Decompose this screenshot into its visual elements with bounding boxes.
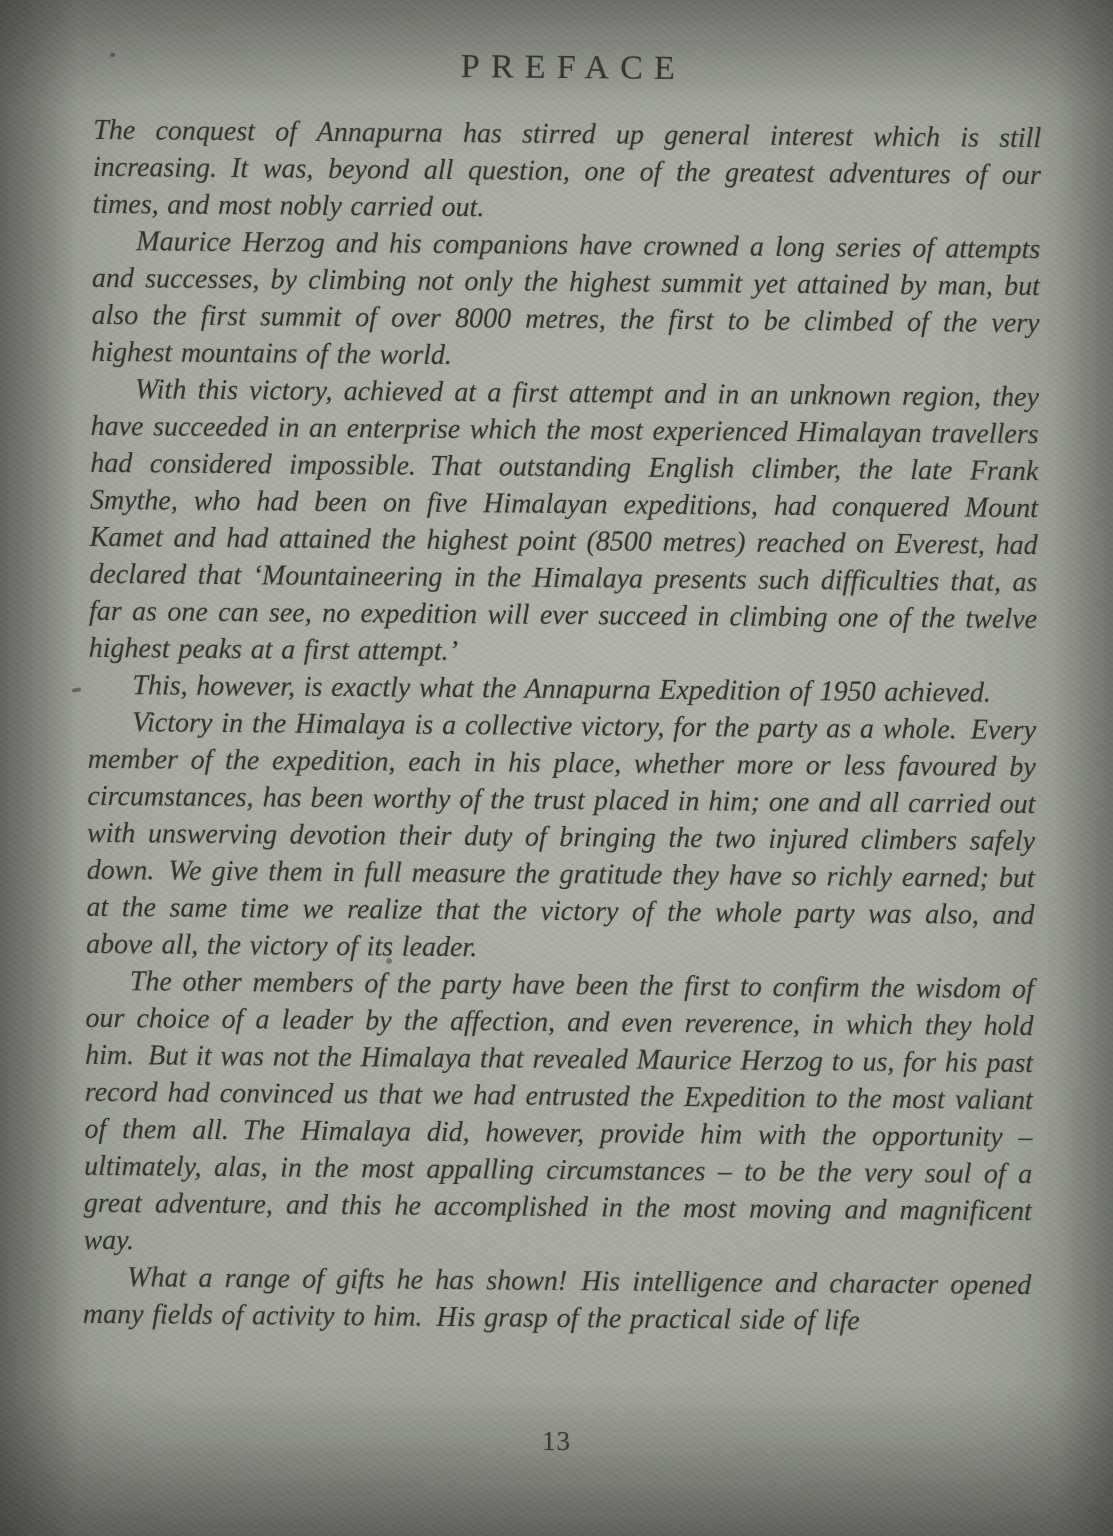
- paragraph: With this victory, achieved at a first a…: [89, 371, 1040, 675]
- page-text-block: PREFACE The conquest of Annapurna has st…: [83, 42, 1042, 1341]
- paper-speck: [72, 687, 81, 692]
- page-number: 13: [0, 1426, 1113, 1457]
- page-title: PREFACE: [94, 42, 1042, 94]
- paragraph: What a range of gifts he has shown! His …: [83, 1259, 1032, 1341]
- paragraph: Victory in the Himalaya is a collective …: [86, 704, 1036, 971]
- paragraph: The other members of the party have been…: [83, 963, 1034, 1267]
- paragraph: Maurice Herzog and his companions have c…: [91, 223, 1040, 379]
- book-page-photo: PREFACE The conquest of Annapurna has st…: [0, 0, 1113, 1536]
- paragraph: The conquest of Annapurna has stirred up…: [92, 112, 1041, 231]
